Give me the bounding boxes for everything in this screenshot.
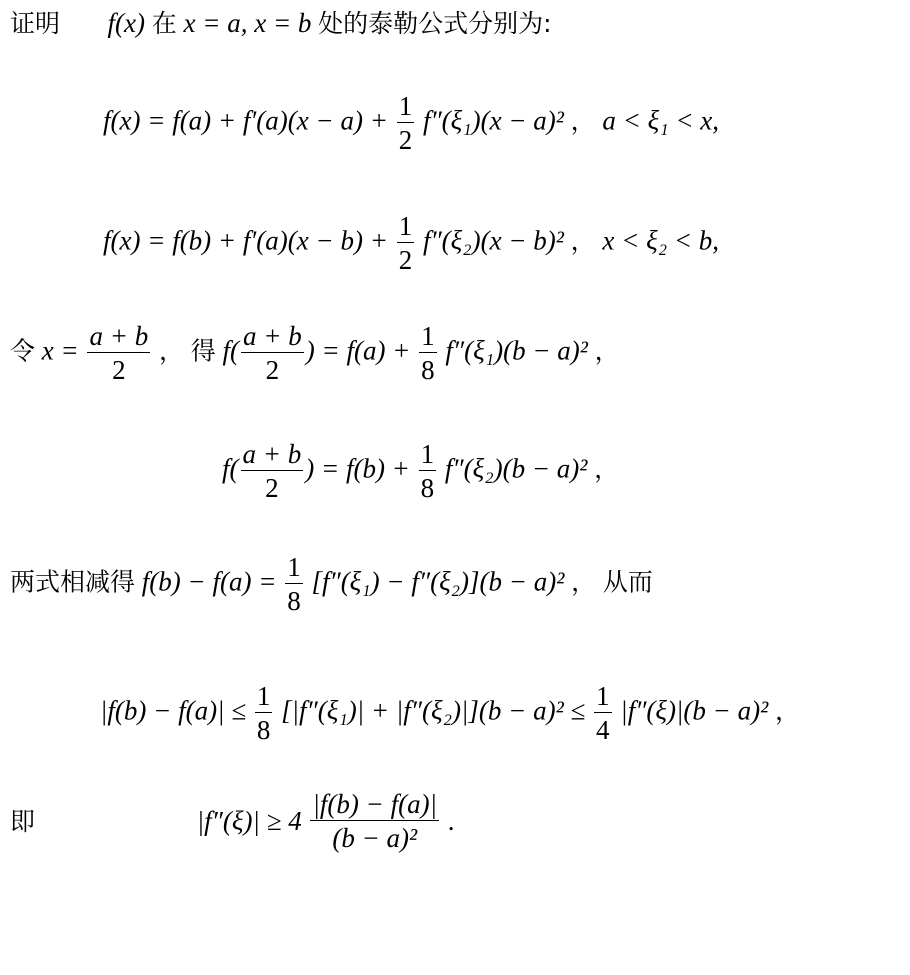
eq2-condition: x < ξ₂ < b, <box>602 226 719 256</box>
proof-label: 证明 <box>10 9 60 38</box>
fraction-one-eighth: 1 8 <box>419 440 437 503</box>
fraction-midpoint: a + b 2 <box>241 440 304 503</box>
fraction-one-eighth: 1 8 <box>255 682 273 745</box>
points-condition: x = a, x = b <box>184 8 312 38</box>
fraction-conclusion: |f(b) − f(a)| (b − a)² <box>310 790 439 853</box>
fraction-one-eighth: 1 8 <box>419 322 437 385</box>
conclusion-line: 即 |f″(ξ)| ≥ 4 |f(b) − f(a)| (b − a)² . <box>10 790 455 853</box>
eq1-remainder: f″(ξ₁)(x − a)² <box>423 106 564 136</box>
intro-rest: 处的泰勒公式分别为: <box>318 9 551 38</box>
conclusion-label: 即 <box>10 809 190 834</box>
substitution-line: 令 x = a + b 2 ， 得 f( a + b 2 ) = f(a) + … <box>10 322 620 385</box>
fraction-one-quarter: 1 4 <box>594 682 612 745</box>
eq1-lhs: f(x) = f(a) + f′(a)(x − a) + <box>103 106 388 136</box>
fraction-one-eighth: 1 8 <box>285 553 303 616</box>
text-zai: 在 <box>152 9 177 38</box>
eq1-condition: a < ξ₁ < x, <box>602 106 719 136</box>
function-fx: f(x) <box>108 8 145 38</box>
difference-line: 两式相减得 f(b) − f(a) = 1 8 [f″(ξ₁) − f″(ξ₂)… <box>10 553 653 616</box>
eq2-remainder: f″(ξ₂)(x − b)² <box>423 226 564 256</box>
taylor-equation-b: f(x) = f(b) + f′(a)(x − b) + 1 2 f″(ξ₂)(… <box>103 212 719 275</box>
inequality-line: |f(b) − f(a)| ≤ 1 8 [|f″(ξ₁)| + |f″(ξ₂)|… <box>100 682 800 745</box>
fraction-one-half: 1 2 <box>397 92 415 155</box>
eq2-lhs: f(x) = f(b) + f′(a)(x − b) + <box>103 226 388 256</box>
proof-intro-line: 证明 f(x) 在 x = a, x = b 处的泰勒公式分别为: <box>10 10 552 37</box>
fraction-midpoint: a + b 2 <box>241 322 304 385</box>
fraction-midpoint: a + b 2 <box>87 322 150 385</box>
midpoint-equation-b: f( a + b 2 ) = f(b) + 1 8 f″(ξ₂)(b − a)²… <box>222 440 619 503</box>
taylor-equation-a: f(x) = f(a) + f′(a)(x − a) + 1 2 f″(ξ₁)(… <box>103 92 719 155</box>
fraction-one-half: 1 2 <box>397 212 415 275</box>
